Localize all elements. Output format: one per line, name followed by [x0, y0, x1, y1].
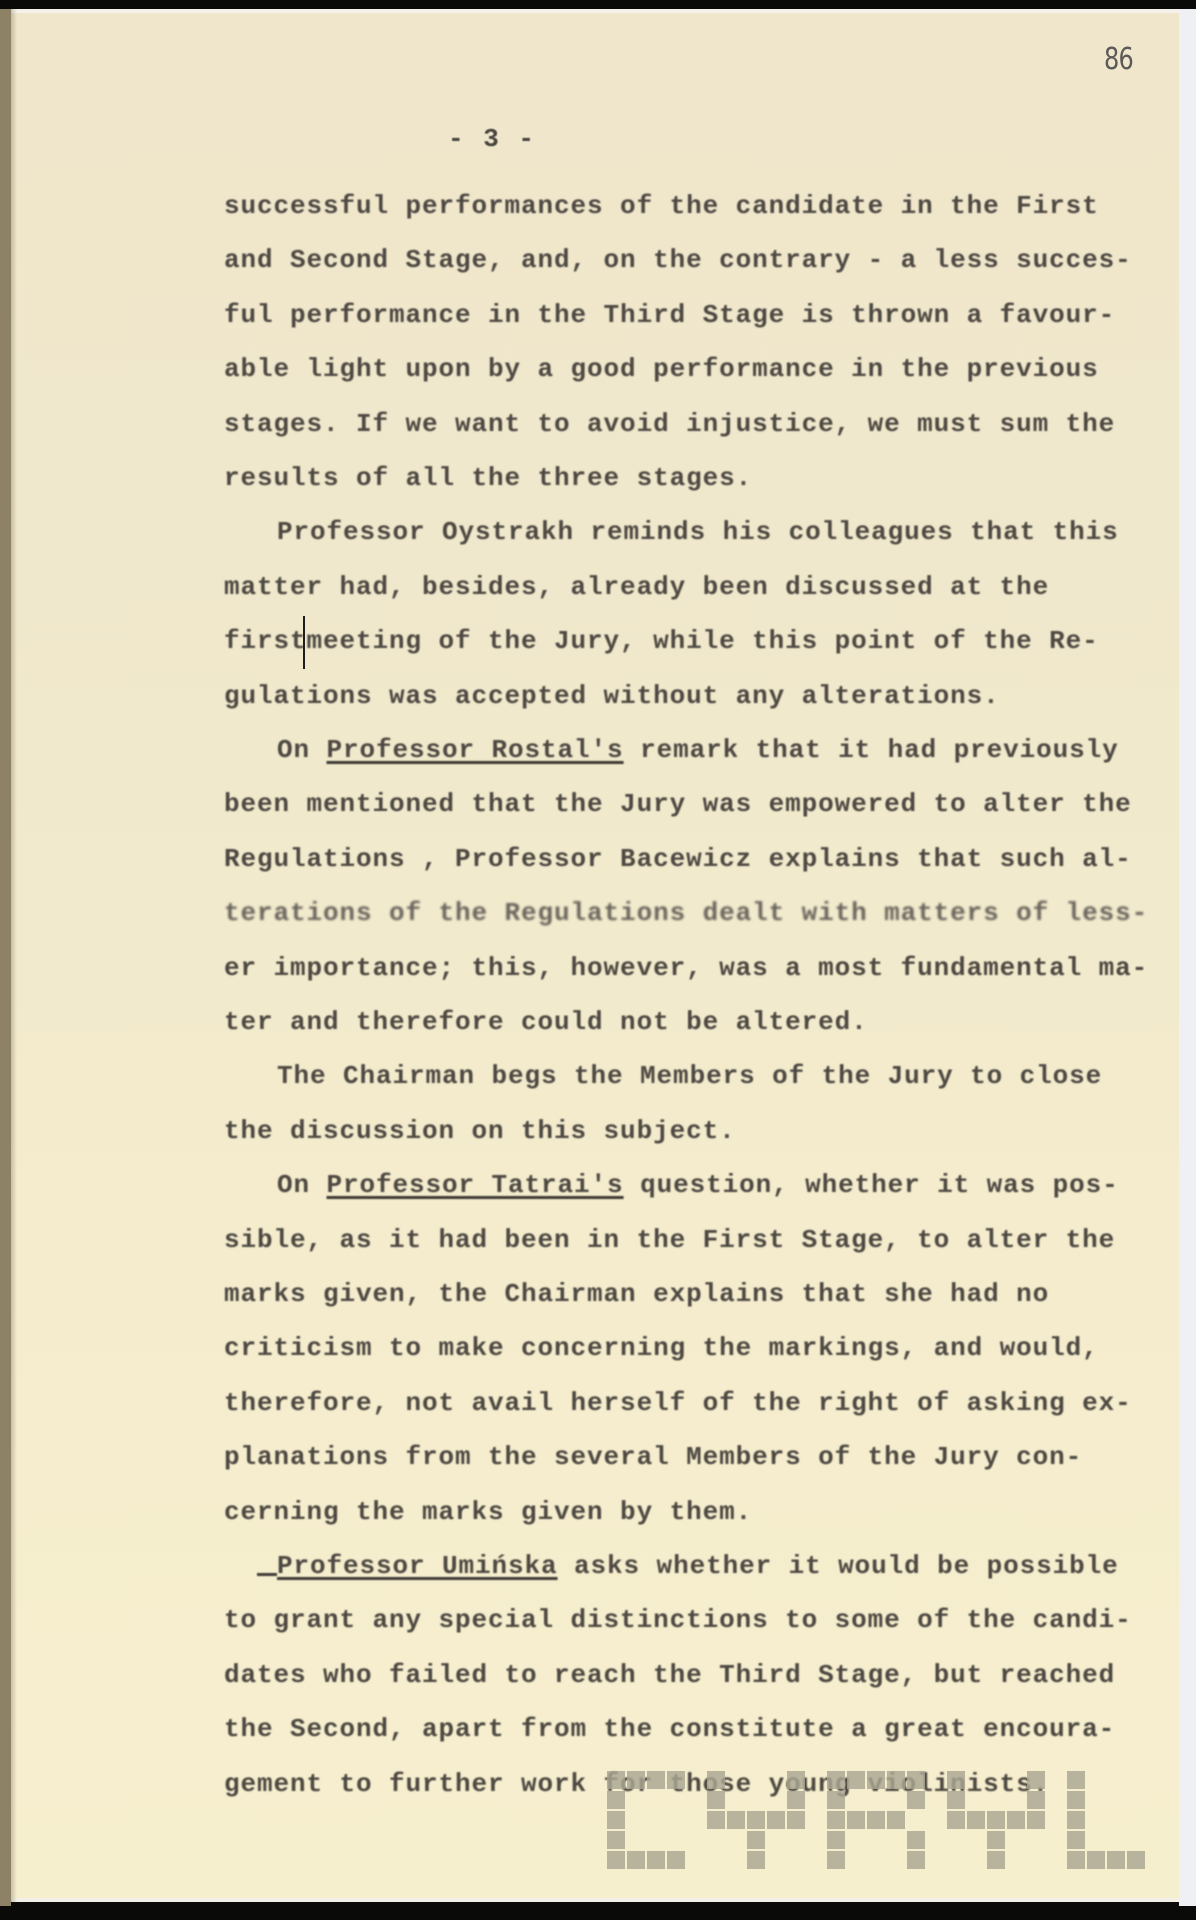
- watermark-cell: [847, 1771, 865, 1789]
- watermark-cell: [707, 1791, 725, 1809]
- text-segment: successful performances of the candidate…: [224, 191, 1099, 221]
- paragraph-start-line: On Professor Rostal's remark that it had…: [277, 735, 1119, 765]
- cyryl-watermark-logo: [607, 1771, 1147, 1871]
- underlined-name-tatrai: Professor Tatrai's: [327, 1170, 624, 1200]
- watermark-cell: [867, 1811, 885, 1829]
- text-line: firstmeeting of the Jury, while this poi…: [224, 626, 1099, 656]
- typed-page-number: - 3 -: [448, 124, 536, 154]
- watermark-cell: [667, 1771, 685, 1789]
- text-line: dates who failed to reach the Third Stag…: [224, 1660, 1115, 1690]
- watermark-cell: [727, 1811, 745, 1829]
- watermark-cell: [1067, 1831, 1085, 1849]
- paragraph-start-line: On Professor Tatrai's question, whether …: [277, 1170, 1119, 1200]
- text-segment: asks whether it would be possible: [558, 1551, 1119, 1581]
- watermark-cell: [947, 1811, 965, 1829]
- handwritten-folio-number: 86: [1104, 42, 1133, 77]
- watermark-cell: [647, 1771, 665, 1789]
- watermark-cell: [907, 1791, 925, 1809]
- text-segment: able light upon by a good performance in…: [224, 354, 1099, 384]
- text-segment: results of all the three stages.: [224, 463, 752, 493]
- scan-border-top: [0, 0, 1196, 9]
- text-line: cerning the marks given by them.: [224, 1497, 752, 1527]
- watermark-cell: [627, 1771, 645, 1789]
- watermark-cell: [827, 1791, 845, 1809]
- watermark-cell: [847, 1811, 865, 1829]
- watermark-cell: [747, 1851, 765, 1869]
- text-line: able light upon by a good performance in…: [224, 354, 1099, 384]
- text-line: therefore, not avail herself of the righ…: [224, 1388, 1132, 1418]
- watermark-cell: [607, 1851, 625, 1869]
- watermark-cell: [887, 1811, 905, 1829]
- text-segment: the discussion on this subject.: [224, 1116, 736, 1146]
- text-segment: the Second, apart from the constitute a …: [224, 1714, 1115, 1744]
- page-edge-shadow: [11, 9, 17, 1902]
- watermark-cell: [907, 1831, 925, 1849]
- text-segment: dates who failed to reach the Third Stag…: [224, 1660, 1115, 1690]
- text-segment: The Chairman begs the Members of the Jur…: [277, 1061, 1102, 1091]
- text-line: the discussion on this subject.: [224, 1116, 736, 1146]
- watermark-cell: [887, 1771, 905, 1789]
- watermark-cell: [947, 1791, 965, 1809]
- text-segment: remark that it had previously: [624, 735, 1119, 765]
- text-segment: and Second Stage, and, on the contrary -…: [224, 245, 1132, 275]
- watermark-cell: [1107, 1851, 1125, 1869]
- text-line: Regulations , Professor Bacewicz explain…: [224, 844, 1132, 874]
- text-segment: sible, as it had been in the First Stage…: [224, 1225, 1115, 1255]
- text-line: to grant any special distinctions to som…: [224, 1605, 1132, 1635]
- watermark-cell: [667, 1851, 685, 1869]
- underline-lead: [257, 1551, 277, 1576]
- watermark-cell: [907, 1771, 925, 1789]
- watermark-cell: [787, 1791, 805, 1809]
- watermark-cell: [747, 1831, 765, 1849]
- text-line: criticism to make concerning the marking…: [224, 1333, 1099, 1363]
- text-segment: stages. If we want to avoid injustice, w…: [224, 409, 1115, 439]
- watermark-cell: [907, 1851, 925, 1869]
- watermark-cell: [787, 1771, 805, 1789]
- pencil-insertion-mark: [303, 616, 305, 669]
- watermark-cell: [987, 1831, 1005, 1849]
- text-segment: firstmeeting of the Jury, while this poi…: [224, 626, 1099, 656]
- scan-border-left: [0, 9, 11, 1906]
- text-segment: criticism to make concerning the marking…: [224, 1333, 1099, 1363]
- watermark-cell: [1067, 1851, 1085, 1869]
- text-line: marks given, the Chairman explains that …: [224, 1279, 1049, 1309]
- text-segment: planations from the several Members of t…: [224, 1442, 1082, 1472]
- paragraph-start-line: Professor Umińska asks whether it would …: [257, 1551, 1119, 1581]
- watermark-cell: [1027, 1811, 1045, 1829]
- text-line: ful performance in the Third Stage is th…: [224, 300, 1115, 330]
- watermark-cell: [607, 1771, 625, 1789]
- watermark-cell: [967, 1811, 985, 1829]
- text-line: matter had, besides, already been discus…: [224, 572, 1049, 602]
- scan-border-bottom: [0, 1906, 1196, 1920]
- watermark-cell: [747, 1811, 765, 1829]
- text-segment: cerning the marks given by them.: [224, 1497, 752, 1527]
- text-segment: been mentioned that the Jury was empower…: [224, 789, 1132, 819]
- watermark-cell: [1027, 1791, 1045, 1809]
- text-segment: therefore, not avail herself of the righ…: [224, 1388, 1132, 1418]
- watermark-cell: [1087, 1851, 1105, 1869]
- watermark-cell: [1027, 1771, 1045, 1789]
- watermark-cell: [787, 1811, 805, 1829]
- watermark-cell: [1067, 1771, 1085, 1789]
- text-line: the Second, apart from the constitute a …: [224, 1714, 1115, 1744]
- watermark-cell: [607, 1791, 625, 1809]
- watermark-cell: [1007, 1811, 1025, 1829]
- text-segment: Regulations , Professor Bacewicz explain…: [224, 844, 1132, 874]
- watermark-cell: [647, 1851, 665, 1869]
- text-segment: to grant any special distinctions to som…: [224, 1605, 1132, 1635]
- text-line: results of all the three stages.: [224, 463, 752, 493]
- text-line: and Second Stage, and, on the contrary -…: [224, 245, 1132, 275]
- text-line: successful performances of the candidate…: [224, 191, 1099, 221]
- watermark-cell: [707, 1811, 725, 1829]
- text-segment: gulations was accepted without any alter…: [224, 681, 1000, 711]
- text-line: sible, as it had been in the First Stage…: [224, 1225, 1115, 1255]
- text-line: ter and therefore could not be altered.: [224, 1007, 868, 1037]
- watermark-cell: [827, 1851, 845, 1869]
- text-line: er importance; this, however, was a most…: [224, 953, 1148, 983]
- watermark-cell: [827, 1811, 845, 1829]
- watermark-cell: [987, 1811, 1005, 1829]
- watermark-cell: [827, 1831, 845, 1849]
- watermark-cell: [627, 1851, 645, 1869]
- paragraph-start-line: The Chairman begs the Members of the Jur…: [277, 1061, 1102, 1091]
- watermark-cell: [1127, 1851, 1145, 1869]
- text-segment: marks given, the Chairman explains that …: [224, 1279, 1049, 1309]
- watermark-cell: [767, 1811, 785, 1829]
- text-segment: Professor Oystrakh reminds his colleague…: [277, 517, 1119, 547]
- watermark-cell: [707, 1771, 725, 1789]
- watermark-cell: [607, 1831, 625, 1849]
- watermark-cell: [947, 1771, 965, 1789]
- watermark-cell: [987, 1851, 1005, 1869]
- scan-border-right: [1179, 9, 1196, 1906]
- text-line: been mentioned that the Jury was empower…: [224, 789, 1132, 819]
- text-line: gulations was accepted without any alter…: [224, 681, 1000, 711]
- text-segment: On: [277, 735, 327, 765]
- underlined-name-rostal: Professor Rostal's: [327, 735, 624, 765]
- text-segment: On: [277, 1170, 327, 1200]
- text-line: planations from the several Members of t…: [224, 1442, 1082, 1472]
- text-segment: ter and therefore could not be altered.: [224, 1007, 868, 1037]
- text-segment: ful performance in the Third Stage is th…: [224, 300, 1115, 330]
- paragraph-start-line: Professor Oystrakh reminds his colleague…: [277, 517, 1119, 547]
- text-line: stages. If we want to avoid injustice, w…: [224, 409, 1115, 439]
- text-segment: matter had, besides, already been discus…: [224, 572, 1049, 602]
- text-segment: question, whether it was pos-: [624, 1170, 1119, 1200]
- watermark-cell: [1067, 1811, 1085, 1829]
- text-segment: er importance; this, however, was a most…: [224, 953, 1148, 983]
- text-segment: terations of the Regulations dealt with …: [224, 898, 1148, 928]
- watermark-cell: [1067, 1791, 1085, 1809]
- watermark-cell: [827, 1771, 845, 1789]
- watermark-cell: [867, 1771, 885, 1789]
- underlined-name-uminska: Professor Umińska: [277, 1551, 558, 1581]
- text-line: terations of the Regulations dealt with …: [224, 898, 1148, 928]
- watermark-cell: [607, 1811, 625, 1829]
